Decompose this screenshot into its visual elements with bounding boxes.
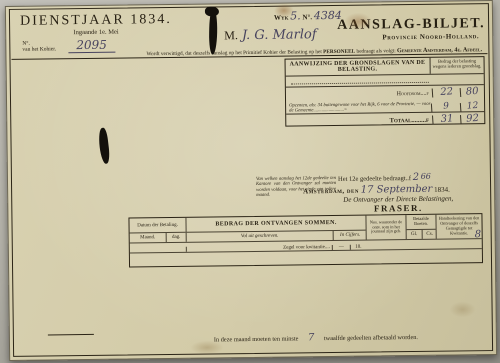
notice-paragraph xyxy=(16,218,126,219)
hoofdsom-guldens: 22 xyxy=(431,87,460,98)
hoofdsom-centen: 80 xyxy=(460,87,484,98)
journal-header: Nos. waaronder de ontv. som in het journ… xyxy=(365,215,405,239)
dag-header: dag. xyxy=(167,233,186,242)
opcenten-label: Opcenten, als: 34 buitengewone voor het … xyxy=(289,101,431,113)
strip-right-text: twaalfde gedeelten afbetaald worden. xyxy=(324,334,418,342)
payments-table: Datum der Betaling. Maand. dag. BEDRAG D… xyxy=(128,213,483,267)
twelfth-line: Het 12e gedeelte bedraagt..f 2 66 xyxy=(338,171,486,184)
ink-blot xyxy=(205,6,219,16)
opcenten-centen: 12 xyxy=(460,102,485,113)
scanned-document-background: { "header": { "dienstjaar": "DIENSTJAAR … xyxy=(0,0,500,363)
notice-paragraph xyxy=(15,62,283,65)
margin-number-handwritten: 8 xyxy=(475,229,482,240)
dotted-leader xyxy=(291,82,429,85)
twelfth-guldens-handwritten: 2 xyxy=(413,172,420,183)
twelfth-label: Het 12e gedeelte bedraagt..f xyxy=(338,175,411,183)
kohier-block: N°. van het Kohier. xyxy=(22,40,56,52)
totaal-row: Totaal.........f 31 92 xyxy=(286,111,484,125)
hoofdsom-label: Hoofdsom....f xyxy=(397,91,429,97)
totaal-guldens: 31 xyxy=(432,114,461,125)
vol-header: Vol uit geschreven. xyxy=(187,231,334,242)
opcenten-row: Opcenten, als: 34 buitengewone voor het … xyxy=(286,96,484,113)
boeten-gl-header: Gl. xyxy=(407,230,423,239)
dienstjaar-block: DIENSTJAAR 1834. Ingaande 1e. Mei xyxy=(20,12,172,37)
ontvanger-name: FRASER. xyxy=(318,202,478,214)
document-paper: DIENSTJAAR 1834. Ingaande 1e. Mei N°. va… xyxy=(5,0,497,361)
totaal-label: Totaal.........f xyxy=(390,117,430,124)
datum-header-cell: Datum der Betaling. Maand. dag. xyxy=(129,218,185,243)
date-handwritten: 17 September xyxy=(361,184,433,196)
notices-main-column xyxy=(15,60,285,214)
opcenten-guldens: 9 xyxy=(431,102,461,113)
datum-header: Datum der Betaling. xyxy=(129,218,185,234)
strip-left-text: In deze maand moeten ten minste xyxy=(214,335,299,343)
notice-paragraph xyxy=(16,216,126,217)
boeten-cs-header: Cs. xyxy=(423,230,437,239)
dienstjaar-title: DIENSTJAAR 1834. xyxy=(20,12,172,30)
payment-amount-written xyxy=(186,254,332,263)
m-label: M. xyxy=(224,28,238,42)
kohier-label-2: van het Kohier. xyxy=(22,46,56,52)
boeten-header-cell: Betaalde Boeten. Gl. Cs. xyxy=(405,215,435,239)
strip-handwritten-number: 7 xyxy=(300,332,323,343)
grondslagen-title: AANWIJZING DER GRONDSLAGEN VAN DE BELAST… xyxy=(286,58,430,76)
notice-paragraph xyxy=(15,62,283,65)
notices-side-column xyxy=(16,216,127,329)
year-label: 1834. xyxy=(434,186,450,194)
cijfers-header: In Cijfers. xyxy=(334,231,367,240)
notice-paragraph xyxy=(15,62,283,65)
notice-paragraph xyxy=(15,62,283,65)
grondslagen-table: AANWIJZING DER GRONDSLAGEN VAN DE BELAST… xyxy=(285,56,486,126)
zegel-guldens: — xyxy=(332,245,350,250)
bedrag-header-cell: BEDRAG DER ONTVANGEN SOMMEN. Vol uit ges… xyxy=(185,216,365,242)
totaal-centen: 92 xyxy=(460,114,484,125)
maand-header: Maand. xyxy=(130,233,167,242)
payment-signature xyxy=(436,254,482,257)
place-label: Amsterdam, den xyxy=(303,187,359,196)
grondslagen-amount-header: Bedrag der belasting wegens iederen gron… xyxy=(429,57,483,74)
twelfth-centen-handwritten: 66 xyxy=(421,172,431,181)
boeten-header: Betaalde Boeten. xyxy=(406,215,435,230)
zegel-centen: 10. xyxy=(350,245,366,250)
kohier-number-handwritten: 2095 xyxy=(68,38,115,54)
title-block: AANSLAG-BILJET. Provincie Noord-Holland. xyxy=(301,16,485,42)
